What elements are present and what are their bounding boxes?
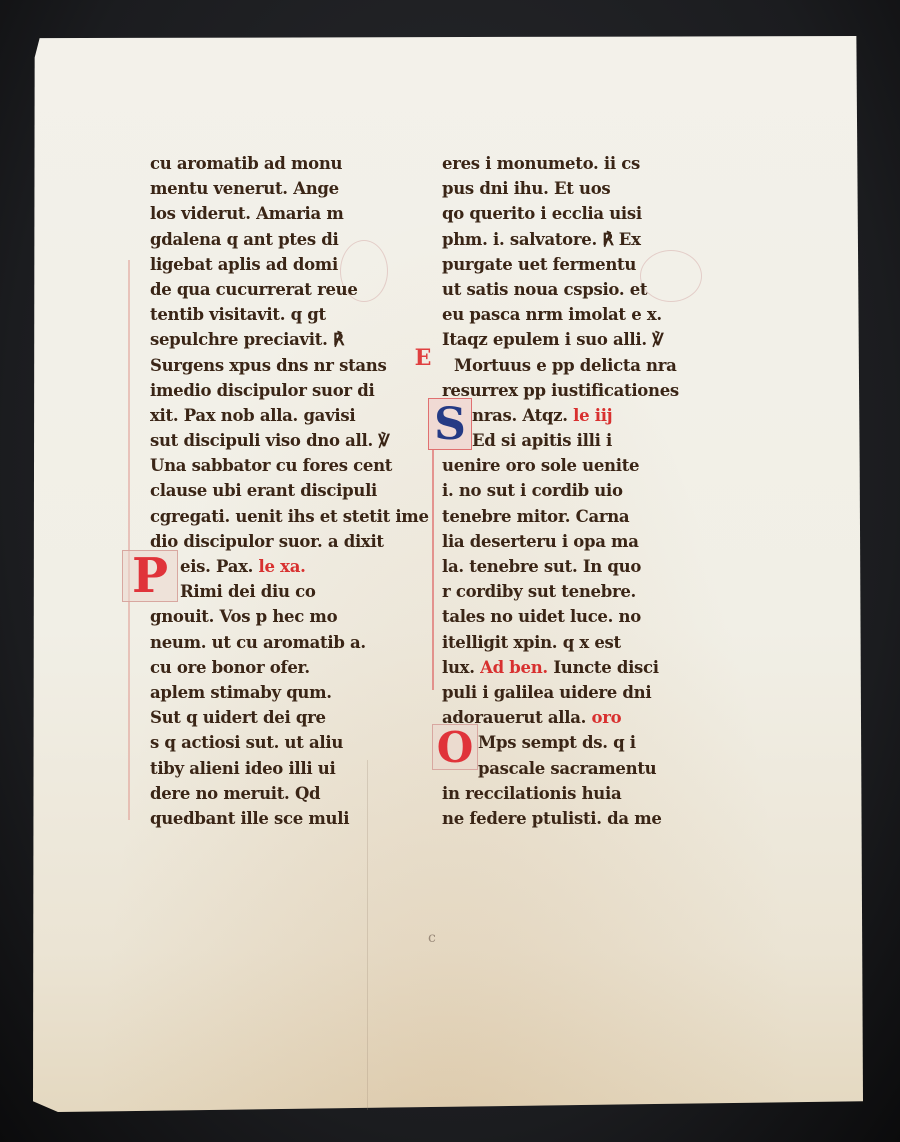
right-column-flourish [432,450,434,690]
text-line: mentu venerut. Ange [150,176,429,201]
text-line: aplem stimaby qum. [150,680,429,705]
rubric-line: eis. Pax. le xa. [150,554,429,579]
text-line: tenebre mitor. Carna [442,504,679,529]
text-line: neum. ut cu aromatib a. [150,630,429,655]
text-line: r cordiby sut tenebre. [442,579,679,604]
text-line: Una sabbator cu fores cent [150,453,429,478]
decorated-initial-s: S [428,398,472,450]
text-line: dere no meruit. Qd [150,781,429,806]
rubric: oro [591,708,621,727]
text-line: ne federe ptulisti. da me [442,806,679,831]
text-line: purgate uet fermentu [442,252,679,277]
text-line: Surgens xpus dns nr stans [150,353,429,378]
text-line: clause ubi erant discipuli [150,478,429,503]
text: Iuncte disci [553,658,658,677]
rubric-line: nras. Atqz. le iij [442,403,679,428]
text-line: Rimi dei diu co [150,579,429,604]
text-line: cu ore bonor ofer. [150,655,429,680]
text-line: pus dni ihu. Et uos [442,176,679,201]
rubric-line: lux. Ad ben. Iuncte disci [442,655,679,680]
text-line: xit. Pax nob alla. gavisi [150,403,429,428]
text-line: imedio discipulor suor di [150,378,429,403]
text-line: la. tenebre sut. In quo [442,554,679,579]
text-line: Mortuus e pp delicta nra [442,353,679,378]
text-line: uenire oro sole uenite [442,453,679,478]
marginal-mark: c [428,930,436,946]
rubric: le iij [573,406,612,425]
text-line: gnouit. Vos p hec mo [150,604,429,629]
text-line: puli i galilea uidere dni [442,680,679,705]
text-line: eres i monumeto. ii cs [442,151,679,176]
text-line: itelligit xpin. q x est [442,630,679,655]
decorated-initial-o: O [432,724,478,770]
text-line: Sut q uidert dei qre [150,705,429,730]
text: lux. [442,658,475,677]
left-column-text: cu aromatib ad monu mentu venerut. Ange … [150,151,429,831]
text-line: lia deserteru i opa ma [442,529,679,554]
text-line: eu pasca nrm imolat e x. [442,302,679,327]
text-line: cu aromatib ad monu [150,151,429,176]
decorated-initial-p: P [122,550,178,602]
text-line: tentib visitavit. q gt [150,302,429,327]
text-line: in reccilationis huia [442,781,679,806]
text-line: dio discipulor suor. a dixit [150,529,429,554]
text-line: s q actiosi sut. ut aliu [150,730,429,755]
text-line: quedbant ille sce muli [150,806,429,831]
flourished-initial-e: E [410,345,436,371]
text-line: tales no uidet luce. no [442,604,679,629]
text: nras. Atqz. [472,406,568,425]
text: eis. Pax. [180,557,253,576]
rubric: Ad ben. [480,658,548,677]
text-line: i. no sut i cordib uio [442,478,679,503]
rubric: le xa. [259,557,306,576]
text-line: resurrex pp iustificationes [442,378,679,403]
left-margin-flourish [128,260,130,820]
text-line: los viderut. Amaria m [150,201,429,226]
text-line: sepulchre preciavit. ℟ [150,327,429,352]
text-line: tiby alieni ideo illi ui [150,756,429,781]
text-line: sut discipuli viso dno all. ℣ [150,428,429,453]
text-line: de qua cucurrerat reue [150,277,429,302]
text-line: Itaqz epulem i suo alli. ℣ [442,327,679,352]
text-line: ut satis noua cspsio. et [442,277,679,302]
text-line: qo querito i ecclia uisi [442,201,679,226]
text-line: phm. i. salvatore. ℟ Ex [442,227,679,252]
text-line: gdalena q ant ptes di [150,227,429,252]
text-line: Ed si apitis illi i [442,428,679,453]
text-line: ligebat aplis ad domi [150,252,429,277]
text-line: cgregati. uenit ihs et stetit ime [150,504,429,529]
